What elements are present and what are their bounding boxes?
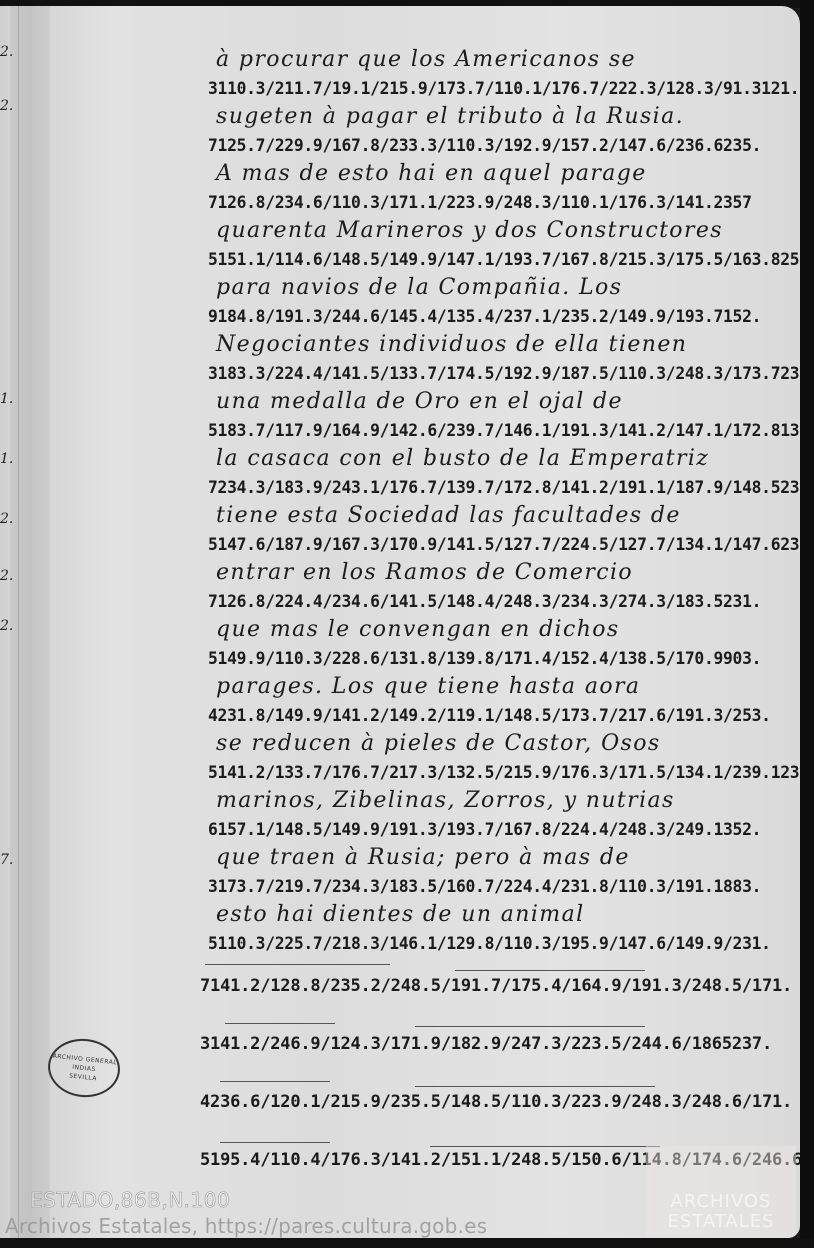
cipher-line: 4231.8/149.9/141.2/149.2/119.1/148.5/173… xyxy=(208,702,776,731)
manuscript-text-line: esto hai dientes de un animal xyxy=(208,901,800,930)
margin-mark: 2. xyxy=(0,618,13,634)
cipher-line: 6157.1/148.5/149.9/191.3/193.7/167.8/224… xyxy=(208,816,776,845)
cipher-line: 7126.8/234.6/110.3/171.1/223.9/248.3/110… xyxy=(208,189,776,218)
manuscript-text-line: marinos, Zibelinas, Zorros, y nutrias xyxy=(208,787,800,816)
manuscript-text-line: parages. Los que tiene hasta aora xyxy=(208,673,800,702)
cipher-row: 7141.2/128.8/235.2/248.5/191.7/175.4/164… xyxy=(200,956,800,1014)
manuscript-text-line: la casaca con el busto de la Emperatriz xyxy=(208,445,800,474)
manuscript-text-line: à procurar que los Americanos se xyxy=(208,46,800,75)
manuscript-page: 2. 2. 1. 1. 2. 2. 2. 7. à procurar que l… xyxy=(0,6,800,1238)
cipher-row: 4236.6/120.1/215.9/235.5/148.5/110.3/223… xyxy=(200,1072,800,1130)
manuscript-body: à procurar que los Americanos se 3110.3/… xyxy=(208,46,800,958)
cipher-row: 3141.2/246.9/124.3/171.9/182.9/247.3/223… xyxy=(200,1014,800,1072)
cipher-line: 7234.3/183.9/243.1/176.7/139.7/172.8/141… xyxy=(208,474,776,503)
cipher-line: 5149.9/110.3/228.6/131.8/139.8/171.4/152… xyxy=(208,645,776,674)
cipher-line: 7126.8/224.4/234.6/141.5/148.4/248.3/234… xyxy=(208,588,776,617)
archive-stamp: ARCHIVO GENERAL INDIAS SEVILLA xyxy=(45,1035,123,1100)
cipher-line: 5141.2/133.7/176.7/217.3/132.5/215.9/176… xyxy=(208,759,776,788)
manuscript-text-line: quarenta Marineros y dos Constructores xyxy=(208,217,800,246)
archivos-estatales-logo-watermark: ARCHIVOS ESTATALES xyxy=(646,1146,796,1238)
source-url-watermark: Archivos Estatales, https://pares.cultur… xyxy=(5,1214,487,1238)
margin-mark: 2. xyxy=(0,98,13,114)
manuscript-text-line: Negociantes individuos de ella tienen xyxy=(208,331,800,360)
margin-mark: 7. xyxy=(0,852,13,868)
cipher-line: 3141.2/246.9/124.3/171.9/182.9/247.3/223… xyxy=(200,1034,772,1054)
document-reference-watermark: ESTADO,86B,N.100 xyxy=(30,1188,230,1212)
cipher-line: 5110.3/225.7/218.3/146.1/129.8/110.3/195… xyxy=(208,930,776,959)
manuscript-text-line: que traen à Rusia; pero à mas de xyxy=(208,844,800,873)
cipher-line: 7125.7/229.9/167.8/233.3/110.3/192.9/157… xyxy=(208,132,776,161)
cipher-line: 5147.6/187.9/167.3/170.9/141.5/127.7/224… xyxy=(208,531,776,560)
manuscript-text-line: tiene esta Sociedad las facultades de xyxy=(208,502,800,531)
stamp-line: SEVILLA xyxy=(69,1071,98,1083)
manuscript-text-line: se reducen à pieles de Castor, Osos xyxy=(208,730,800,759)
manuscript-text-line: que mas le convengan en dichos xyxy=(208,616,800,645)
cipher-line: 5183.7/117.9/164.9/142.6/239.7/146.1/191… xyxy=(208,417,776,446)
logo-text: ARCHIVOS xyxy=(671,1192,772,1212)
cipher-line: 4236.6/120.1/215.9/235.5/148.5/110.3/223… xyxy=(200,1092,792,1112)
manuscript-text-line: entrar en los Ramos de Comercio xyxy=(208,559,800,588)
margin-mark: 2. xyxy=(0,511,13,527)
cipher-line: 5151.1/114.6/148.5/149.9/147.1/193.7/167… xyxy=(208,246,776,275)
manuscript-text-line: para navios de la Compañia. Los xyxy=(208,274,800,303)
margin-mark: 2. xyxy=(0,44,13,60)
scan-frame-bottom xyxy=(0,1238,814,1248)
cipher-line: 3183.3/224.4/141.5/133.7/174.5/192.9/187… xyxy=(208,360,776,389)
scan-frame-right xyxy=(800,0,814,1248)
logo-text: ESTATALES xyxy=(667,1212,774,1232)
cipher-line: 3173.7/219.7/234.3/183.5/160.7/224.4/231… xyxy=(208,873,776,902)
left-margin-marks: 2. 2. 1. 1. 2. 2. 2. 7. xyxy=(0,6,20,1238)
margin-mark: 2. xyxy=(0,568,13,584)
margin-mark: 1. xyxy=(0,451,13,467)
margin-mark: 1. xyxy=(0,391,13,407)
manuscript-text-line: una medalla de Oro en el ojal de xyxy=(208,388,800,417)
cipher-line: 9184.8/191.3/244.6/145.4/135.4/237.1/235… xyxy=(208,303,776,332)
cipher-line: 3110.3/211.7/19.1/215.9/173.7/110.1/176.… xyxy=(208,75,776,104)
cipher-line: 7141.2/128.8/235.2/248.5/191.7/175.4/164… xyxy=(200,976,792,996)
manuscript-text-line: sugeten à pagar el tributo à la Rusia. xyxy=(208,103,800,132)
manuscript-text-line: A mas de esto hai en aquel parage xyxy=(208,160,800,189)
